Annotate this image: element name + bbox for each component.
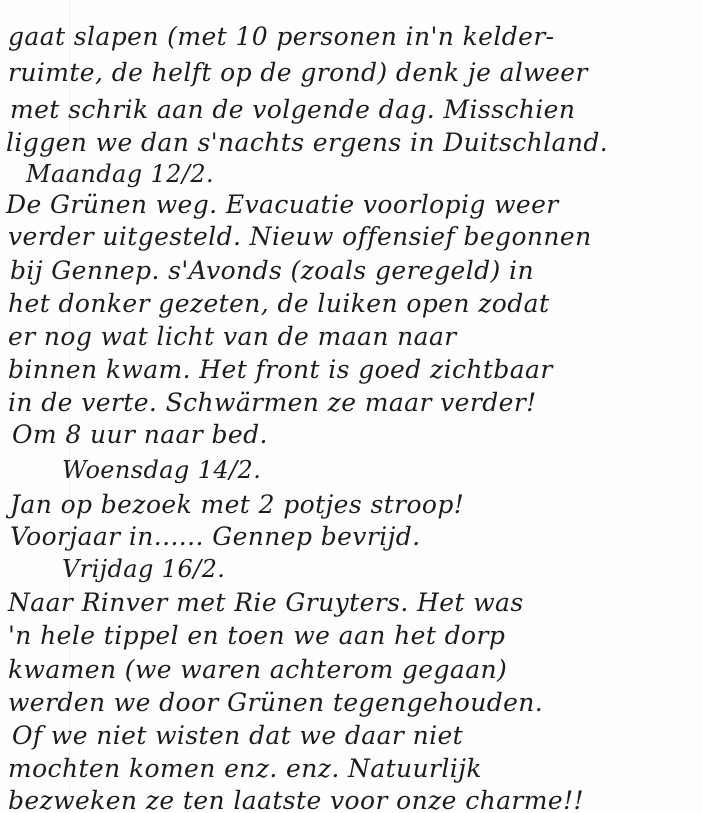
text-line: werden we door Grünen tegengehouden. bbox=[8, 688, 543, 717]
text-line: Of we niet wisten dat we daar niet bbox=[12, 721, 463, 750]
text-line: liggen we dan s'nachts ergens in Duitsch… bbox=[6, 128, 608, 157]
diary-page: gaat slapen (met 10 personen in'n kelder… bbox=[0, 0, 702, 813]
text-line: bezweken ze ten laatste voor onze charme… bbox=[8, 786, 584, 813]
text-line: De Grünen weg. Evacuatie voorlopig weer bbox=[6, 190, 559, 219]
text-line: kwamen (we waren achterom gegaan) bbox=[8, 655, 507, 684]
text-line: Jan op bezoek met 2 potjes stroop! bbox=[10, 490, 464, 519]
text-line: er nog wat licht van de maan naar bbox=[8, 322, 457, 351]
text-line: ruimte, de helft op de grond) denk je al… bbox=[8, 58, 588, 87]
entry-date-heading: Woensdag 14/2. bbox=[62, 456, 261, 484]
text-line: Voorjaar in...... Gennep bevrijd. bbox=[10, 522, 420, 551]
text-line: Om 8 uur naar bed. bbox=[12, 420, 268, 449]
text-line: in de verte. Schwärmen ze maar verder! bbox=[8, 388, 537, 417]
text-line: gaat slapen (met 10 personen in'n kelder… bbox=[8, 22, 555, 51]
text-line: het donker gezeten, de luiken open zodat bbox=[8, 289, 549, 318]
text-line: Naar Rinver met Rie Gruyters. Het was bbox=[8, 588, 524, 617]
text-line: bij Gennep. s'Avonds (zoals geregeld) in bbox=[10, 256, 534, 285]
text-line: met schrik aan de volgende dag. Misschie… bbox=[10, 95, 575, 124]
text-line: binnen kwam. Het front is goed zichtbaar bbox=[8, 355, 553, 384]
text-line: 'n hele tippel en toen we aan het dorp bbox=[8, 621, 505, 650]
entry-date-heading: Vrijdag 16/2. bbox=[62, 555, 225, 583]
text-line: verder uitgesteld. Nieuw offensief begon… bbox=[8, 222, 592, 251]
text-line: mochten komen enz. enz. Natuurlijk bbox=[8, 754, 482, 783]
entry-date-heading: Maandag 12/2. bbox=[26, 160, 214, 188]
